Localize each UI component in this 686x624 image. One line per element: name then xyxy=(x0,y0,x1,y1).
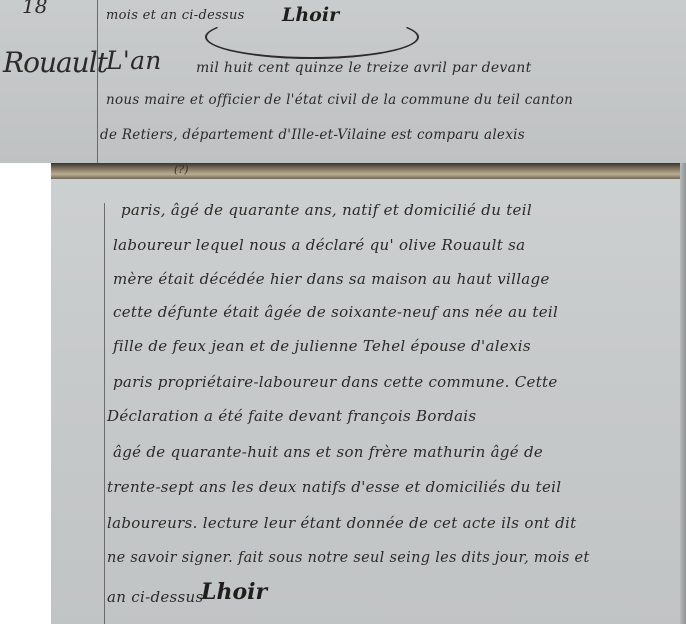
officer-signature-bottom: Lhoir xyxy=(201,579,267,605)
margin-rule xyxy=(104,203,105,624)
text-line-2: laboureur lequel nous a déclaré qu' oliv… xyxy=(113,236,525,254)
binding-mark: (?) xyxy=(174,163,188,176)
text-line-12: an ci-dessus xyxy=(107,588,203,606)
text-line-9: trente-sept ans les deux natifs d'esse e… xyxy=(107,478,561,496)
text-line-6: paris propriétaire-laboureur dans cette … xyxy=(113,373,558,391)
text-line-4: cette défunte était âgée de soixante-neu… xyxy=(113,303,558,321)
register-page-top-fragment: 18 Rouault mois et an ci-dessus Lhoir L'… xyxy=(0,0,686,163)
text-line-3: nous maire et officier de l'état civil d… xyxy=(106,92,573,108)
margin-entry-number: 18 xyxy=(22,0,47,18)
signature-flourish xyxy=(205,15,419,59)
page-edge xyxy=(680,163,686,624)
text-line-5: fille de feux jean et de julienne Tehel … xyxy=(113,337,531,355)
page-binding-strip: (?) xyxy=(51,163,686,179)
text-line-7: Déclaration a été faite devant françois … xyxy=(107,407,476,425)
text-line-4: de Retiers, département d'Ille-et-Vilain… xyxy=(100,127,525,143)
text-line-11: ne savoir signer. fait sous notre seul s… xyxy=(107,550,590,566)
margin-rule xyxy=(97,0,98,163)
text-line-1: paris, âgé de quarante ans, natif et dom… xyxy=(121,201,532,219)
text-line-1: mois et an ci-dessus xyxy=(106,8,245,23)
text-line-2: mil huit cent quinze le treize avril par… xyxy=(196,60,532,76)
text-line-10: laboureurs. lecture leur étant donnée de… xyxy=(107,514,576,532)
act-opening-word: L'an xyxy=(106,46,162,75)
text-line-3: mère était décédée hier dans sa maison a… xyxy=(113,270,550,288)
text-line-8: âgé de quarante-huit ans et son frère ma… xyxy=(113,443,543,461)
margin-surname: Rouault xyxy=(3,46,107,79)
register-page-bottom-fragment: (?) paris, âgé de quarante ans, natif et… xyxy=(51,163,686,624)
